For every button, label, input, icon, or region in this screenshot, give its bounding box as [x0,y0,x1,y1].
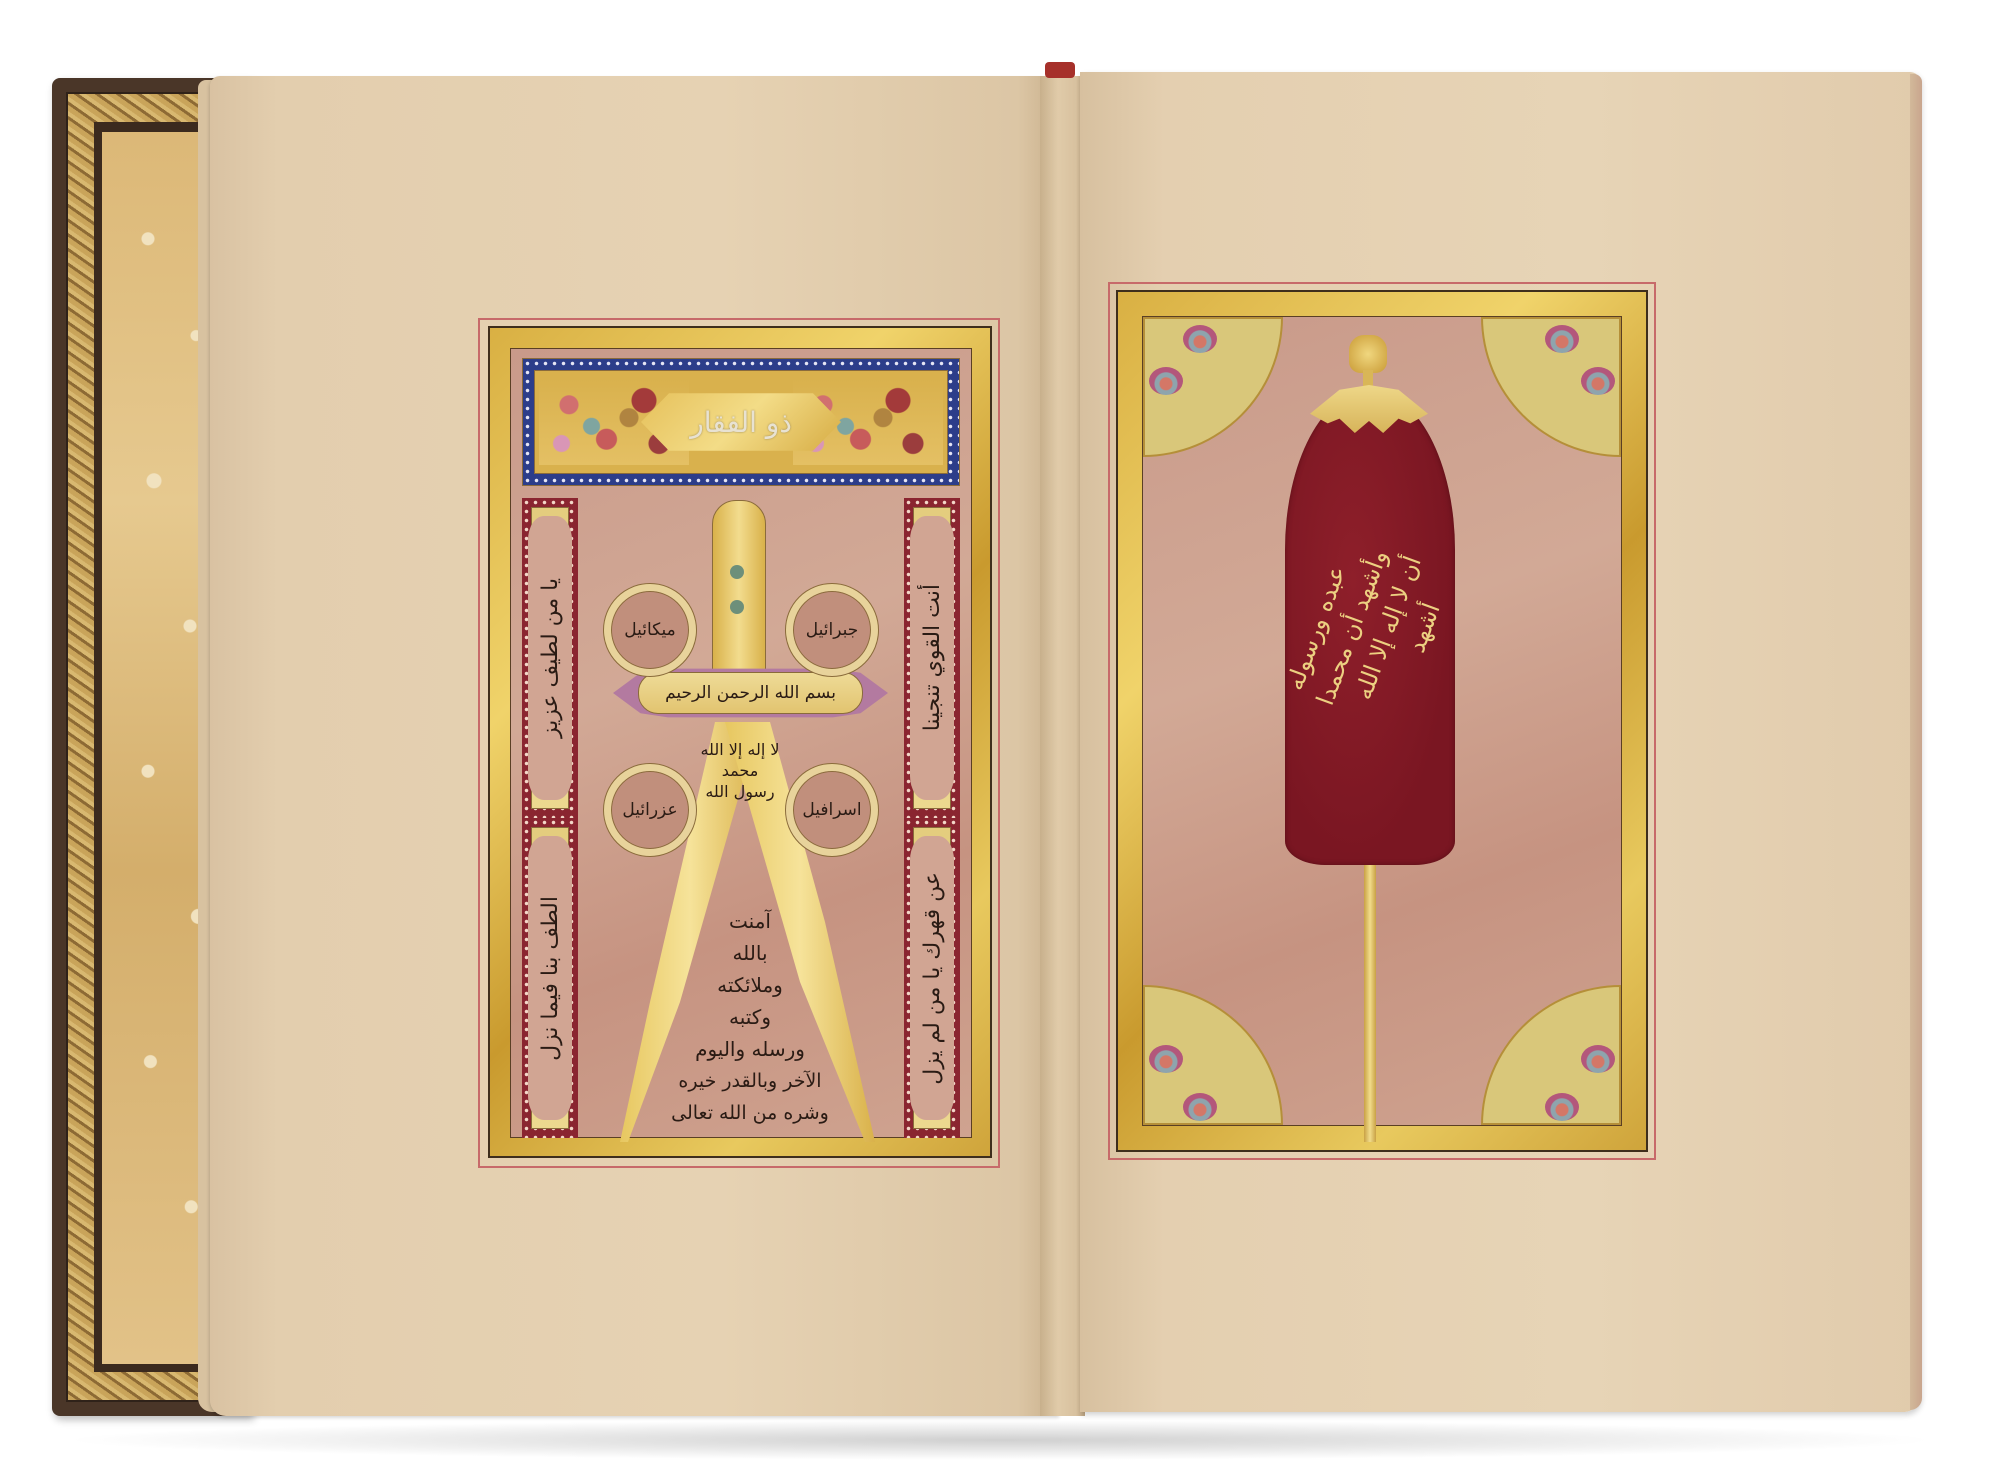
medallion-azrail: عزرائيل [604,764,696,856]
blade-inscription: لا إله إلا الله محمد رسول الله [700,740,780,802]
side-text-left-top: يا من لطيف عزيز [538,578,563,738]
right-page-edge [1910,74,1922,1410]
side-text-right-top: أنت القوي تنجينا [920,584,945,731]
hilt-gem-1 [730,565,744,579]
shahada-banner: عبده ورسوله وأشهد أن محمدا أن لا إله إلا… [1285,390,1455,865]
header-panel: ذو الفقار [534,370,948,474]
book-gutter [1040,76,1085,1416]
hilt-gem-2 [730,600,744,614]
sword-crossguard: بسم الله الرحمن الرحيم [638,672,863,714]
sword-hilt [712,500,766,672]
side-panel-left-top: يا من لطيف عزيز [522,498,578,818]
corner-ornament-bottom-left [1143,985,1283,1125]
spine-headband [1045,62,1075,78]
corner-ornament-bottom-right [1481,985,1621,1125]
floral-rosette-icon [1581,367,1615,395]
floral-rosette-icon [1545,1093,1579,1121]
basmala: بسم الله الرحمن الرحيم [665,683,836,703]
side-panel-right-top: أنت القوي تنجينا [904,498,960,818]
floral-rosette-icon [1149,1045,1183,1073]
side-text-right-bottom: عن قهرك يا من لم يزل [920,872,945,1085]
floral-rosette-icon [1545,325,1579,353]
book-shadow [60,1420,1940,1460]
medallion-mikail: ميكائيل [604,584,696,676]
banner-pole [1364,862,1376,1142]
floral-rosette-icon [1149,367,1183,395]
floral-rosette-icon [1183,1093,1217,1121]
header-cartouche: ذو الفقار [641,390,841,454]
medallion-jibrail: جبرائيل [786,584,878,676]
amantu-text: آمنت بالله وملائكته وكتبه ورسله واليوم ا… [640,905,860,1129]
corner-ornament-top-right [1481,317,1621,457]
floral-rosette-icon [1581,1045,1615,1073]
floral-rosette-icon [1183,325,1217,353]
side-panel-right-bottom: عن قهرك يا من لم يزل [904,818,960,1138]
side-text-left-bottom: الطف بنا فيما نزل [538,896,563,1061]
side-panel-left-bottom: الطف بنا فيما نزل [522,818,578,1138]
banner-finial [1349,335,1387,373]
medallion-israfil: اسرافيل [786,764,878,856]
header-inscription: ذو الفقار [690,406,792,439]
